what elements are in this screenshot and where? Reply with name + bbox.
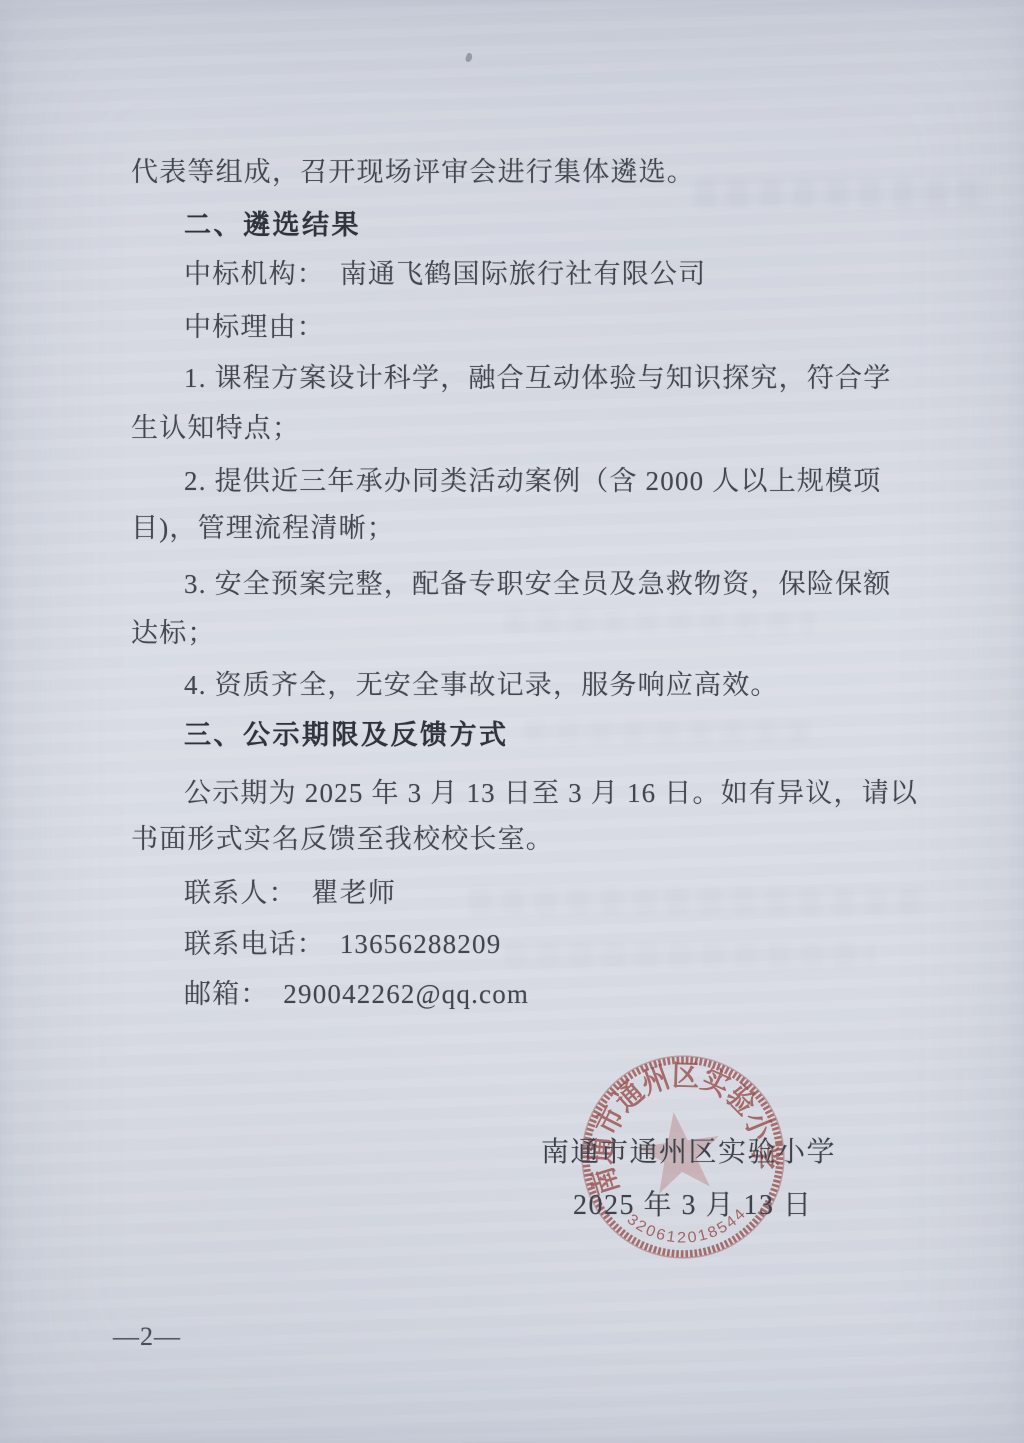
notice-line-1: 公示期为 2025 年 3 月 13 日至 3 月 16 日。如有异议，请以 [184, 773, 918, 813]
reason-3-line-1: 3. 安全预案完整，配备专职安全员及急救物资，保险保额 [184, 564, 891, 604]
page-number: —2— [113, 1322, 181, 1352]
paper-shading [0, 0, 1024, 1443]
bleedthrough-smudge [505, 610, 815, 634]
scanned-document-page: 南通市通州区实验小学 320612018544 代表等组成，召开现场评审会进行集… [0, 0, 1024, 1443]
reason-label: 中标理由： [184, 307, 325, 347]
reason-1-line-2: 生认知特点； [131, 408, 300, 448]
contact-phone: 联系电话： 13656288209 [184, 924, 501, 964]
contact-email: 邮箱： 290042262@qq.com [184, 974, 529, 1014]
reason-3-line-2: 达标； [131, 613, 216, 653]
bleedthrough-smudge [470, 888, 930, 915]
signature-school-name: 南通市通州区实验小学 [541, 1133, 836, 1173]
signature-date: 2025 年 3 月 13 日 [573, 1186, 813, 1226]
section-heading: 二、遴选结果 [184, 205, 361, 245]
ink-speck [465, 52, 473, 62]
reason-2-line-2: 目)，管理流程清晰； [131, 508, 395, 548]
bleedthrough-smudge [525, 720, 815, 744]
contact-person: 联系人： 瞿老师 [184, 873, 396, 913]
reason-2-line-1: 2. 提供近三年承办同类活动案例（含 2000 人以上规模项 [184, 461, 882, 501]
bleedthrough-smudge [695, 178, 990, 208]
reason-4-line: 4. 资质齐全，无安全事故记录，服务响应高效。 [184, 665, 779, 705]
winner-line: 中标机构： 南通飞鹤国际旅行社有限公司 [184, 254, 706, 294]
notice-line-2: 书面形式实名反馈至我校校长室。 [131, 819, 554, 859]
bleedthrough-smudge [505, 942, 875, 968]
section-heading: 三、公示期限及反馈方式 [184, 715, 509, 755]
reason-1-line-1: 1. 课程方案设计科学，融合互动体验与知识探究，符合学 [184, 358, 891, 398]
body-line: 代表等组成，召开现场评审会进行集体遴选。 [131, 152, 695, 192]
